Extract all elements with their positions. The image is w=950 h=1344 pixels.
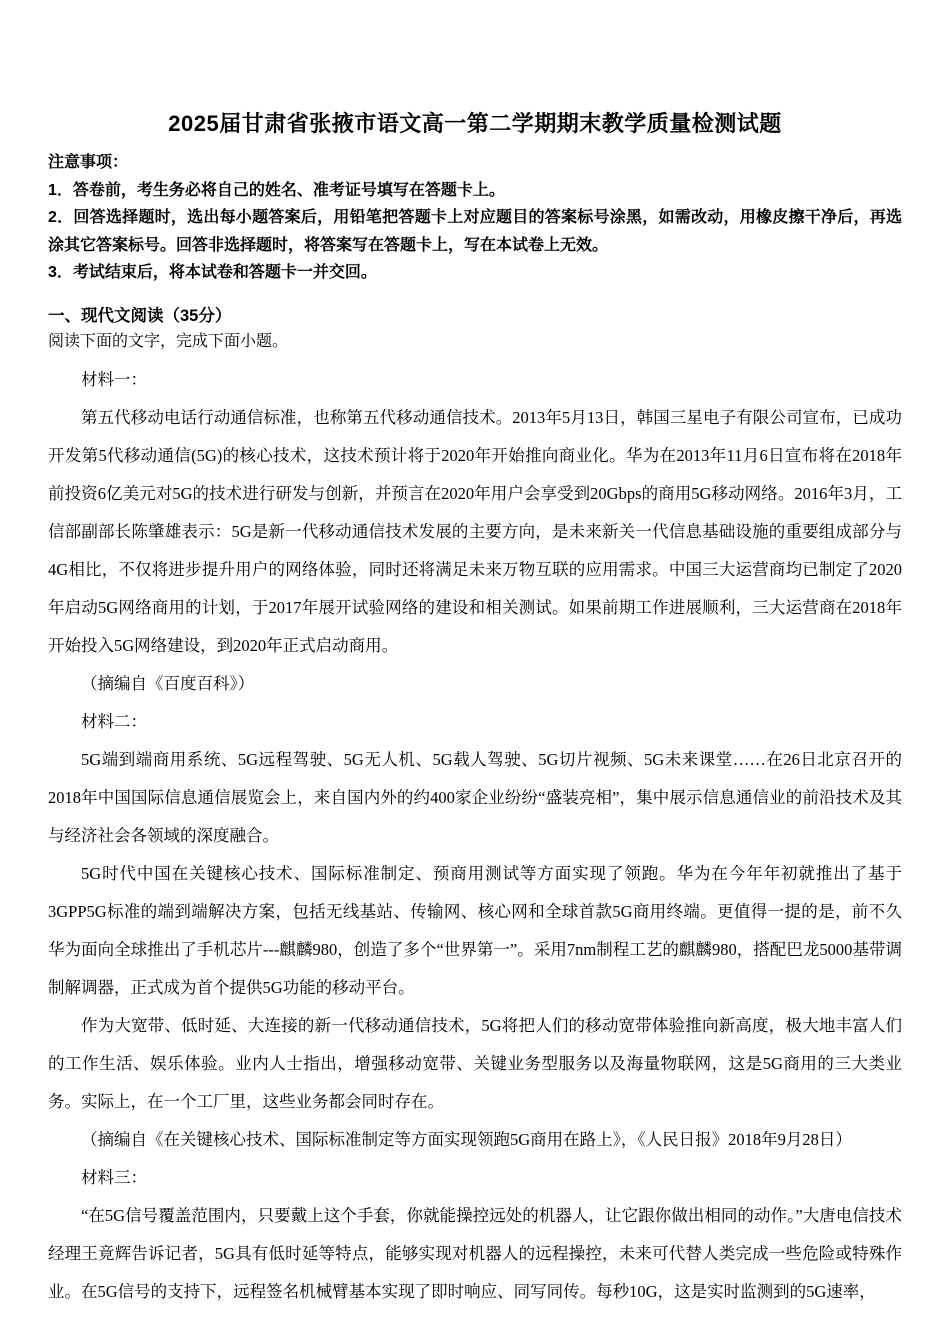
material-paragraph: 作为大宽带、低时延、大连接的新一代移动通信技术，5G将把人们的移动宽带体验推向新… [48, 1007, 902, 1121]
material-label: 材料一： [48, 361, 902, 399]
material-paragraph: “在5G信号覆盖范围内，只要戴上这个手套，你就能操控远处的机器人，让它跟你做出相… [48, 1197, 902, 1311]
material-paragraph: 第五代移动电话行动通信标准，也称第五代移动通信技术。2013年5月13日，韩国三… [48, 399, 902, 665]
material-one: 材料一： 第五代移动电话行动通信标准，也称第五代移动通信技术。2013年5月13… [48, 361, 902, 703]
reading-intro: 阅读下面的文字，完成下面小题。 [48, 329, 902, 355]
notice-heading: 注意事项： [48, 149, 902, 177]
page-title: 2025届甘肃省张掖市语文高一第二学期期末教学质量检测试题 [48, 108, 902, 139]
notice-section: 注意事项： 1．答卷前，考生务必将自己的姓名、准考证号填写在答题卡上。 2．回答… [48, 149, 902, 287]
notice-item: 1．答卷前，考生务必将自己的姓名、准考证号填写在答题卡上。 [48, 177, 902, 205]
material-two: 材料二： 5G端到端商用系统、5G远程驾驶、5G无人机、5G载人驾驶、5G切片视… [48, 703, 902, 1159]
material-three: 材料三： “在5G信号覆盖范围内，只要戴上这个手套，你就能操控远处的机器人，让它… [48, 1159, 902, 1311]
material-paragraph: 5G时代中国在关键核心技术、国际标准制定、预商用测试等方面实现了领跑。华为在今年… [48, 855, 902, 1007]
material-source: （摘编自《百度百科》） [48, 665, 902, 703]
notice-item: 3．考试结束后，将本试卷和答题卡一并交回。 [48, 259, 902, 287]
material-label: 材料三： [48, 1159, 902, 1197]
material-label: 材料二： [48, 703, 902, 741]
material-source: （摘编自《在关键核心技术、国际标准制定等方面实现领跑5G商用在路上》，《人民日报… [48, 1121, 902, 1159]
section-heading: 一、现代文阅读（35分） [48, 304, 902, 329]
material-paragraph: 5G端到端商用系统、5G远程驾驶、5G无人机、5G载人驾驶、5G切片视频、5G未… [48, 741, 902, 855]
materials-block: 材料一： 第五代移动电话行动通信标准，也称第五代移动通信技术。2013年5月13… [48, 361, 902, 1311]
notice-item: 2．回答选择题时，选出每小题答案后，用铅笔把答题卡上对应题目的答案标号涂黑，如需… [48, 204, 902, 259]
exam-page: 2025届甘肃省张掖市语文高一第二学期期末教学质量检测试题 注意事项： 1．答卷… [0, 0, 950, 1344]
